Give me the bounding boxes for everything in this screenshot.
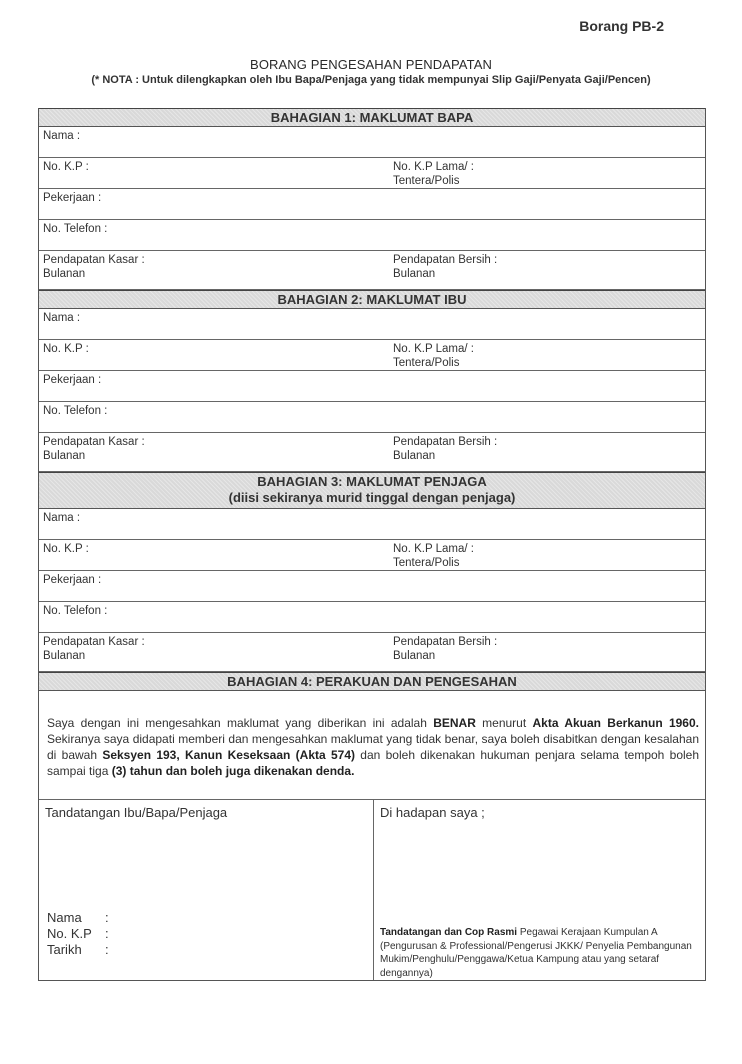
guardian-name-field[interactable]: Nama : <box>39 509 705 540</box>
net-income-label: Pendapatan Bersih :Bulanan <box>393 635 497 663</box>
field-label: Pekerjaan : <box>43 573 101 587</box>
mother-income-row[interactable]: Pendapatan Kasar :Bulanan Pendapatan Ber… <box>39 433 705 472</box>
section-2-heading: BAHAGIAN 2: MAKLUMAT IBU <box>39 290 705 309</box>
field-label: Pekerjaan : <box>43 373 101 387</box>
guardian-income-row[interactable]: Pendapatan Kasar :Bulanan Pendapatan Ber… <box>39 633 705 672</box>
field-label: No. Telefon : <box>43 404 107 418</box>
field-label: Nama : <box>43 311 80 325</box>
section-3-heading: BAHAGIAN 3: MAKLUMAT PENJAGA(diisi sekir… <box>39 472 705 509</box>
signatory-field-no-k-p[interactable]: No. K.P: <box>47 926 109 942</box>
parent-signature-box[interactable]: Tandatangan Ibu/Bapa/Penjaga Nama:No. K.… <box>39 800 374 980</box>
net-income-label: Pendapatan Bersih :Bulanan <box>393 253 497 281</box>
father-name-field[interactable]: Nama : <box>39 127 705 158</box>
section-4-heading: BAHAGIAN 4: PERAKUAN DAN PENGESAHAN <box>39 672 705 691</box>
field-label-old-ic: No. K.P Lama/ :Tentera/Polis <box>393 160 474 188</box>
signatory-field-tarikh[interactable]: Tarikh: <box>47 942 109 958</box>
field-label-old-ic: No. K.P Lama/ :Tentera/Polis <box>393 542 474 570</box>
witness-signature-box[interactable]: Di hadapan saya ; Tandatangan dan Cop Ra… <box>374 800 705 980</box>
guardian-phone-field[interactable]: No. Telefon : <box>39 602 705 633</box>
field-label: No. K.P : <box>43 342 89 356</box>
father-ic-row[interactable]: No. K.P : No. K.P Lama/ :Tentera/Polis <box>39 158 705 189</box>
field-label-old-ic: No. K.P Lama/ :Tentera/Polis <box>393 342 474 370</box>
father-occupation-field[interactable]: Pekerjaan : <box>39 189 705 220</box>
section-3-subheading: (diisi sekiranya murid tinggal dengan pe… <box>229 490 516 505</box>
field-label: No. Telefon : <box>43 604 107 618</box>
field-label: No. Telefon : <box>43 222 107 236</box>
field-label: Pekerjaan : <box>43 191 101 205</box>
father-income-row[interactable]: Pendapatan Kasar :Bulanan Pendapatan Ber… <box>39 251 705 290</box>
gross-income-label: Pendapatan Kasar :Bulanan <box>43 635 145 663</box>
witness-note: Tandatangan dan Cop Rasmi Pegawai Keraja… <box>380 926 702 980</box>
witness-label: Di hadapan saya ; <box>380 805 485 820</box>
parent-signature-label: Tandatangan Ibu/Bapa/Penjaga <box>45 805 227 820</box>
mother-ic-row[interactable]: No. K.P : No. K.P Lama/ :Tentera/Polis <box>39 340 705 371</box>
field-label: No. K.P : <box>43 160 89 174</box>
mother-occupation-field[interactable]: Pekerjaan : <box>39 371 705 402</box>
gross-income-label: Pendapatan Kasar :Bulanan <box>43 435 145 463</box>
field-label: No. K.P : <box>43 542 89 556</box>
field-label: Nama : <box>43 129 80 143</box>
guardian-ic-row[interactable]: No. K.P : No. K.P Lama/ :Tentera/Polis <box>39 540 705 571</box>
section-1-heading: BAHAGIAN 1: MAKLUMAT BAPA <box>39 108 705 127</box>
signatory-field-nama[interactable]: Nama: <box>47 910 109 926</box>
signature-area: Tandatangan Ibu/Bapa/Penjaga Nama:No. K.… <box>39 800 705 980</box>
signatory-fields: Nama:No. K.P:Tarikh: <box>47 910 109 958</box>
form-note: (* NOTA : Untuk dilengkapkan oleh Ibu Ba… <box>0 74 742 86</box>
form-title: BORANG PENGESAHAN PENDAPATAN <box>0 57 742 72</box>
field-label: Nama : <box>43 511 80 525</box>
gross-income-label: Pendapatan Kasar :Bulanan <box>43 253 145 281</box>
mother-name-field[interactable]: Nama : <box>39 309 705 340</box>
net-income-label: Pendapatan Bersih :Bulanan <box>393 435 497 463</box>
form-table: BAHAGIAN 1: MAKLUMAT BAPA Nama : No. K.P… <box>38 108 706 981</box>
mother-phone-field[interactable]: No. Telefon : <box>39 402 705 433</box>
guardian-occupation-field[interactable]: Pekerjaan : <box>39 571 705 602</box>
father-phone-field[interactable]: No. Telefon : <box>39 220 705 251</box>
form-code: Borang PB-2 <box>579 18 664 34</box>
declaration-text: Saya dengan ini mengesahkan maklumat yan… <box>39 691 705 800</box>
